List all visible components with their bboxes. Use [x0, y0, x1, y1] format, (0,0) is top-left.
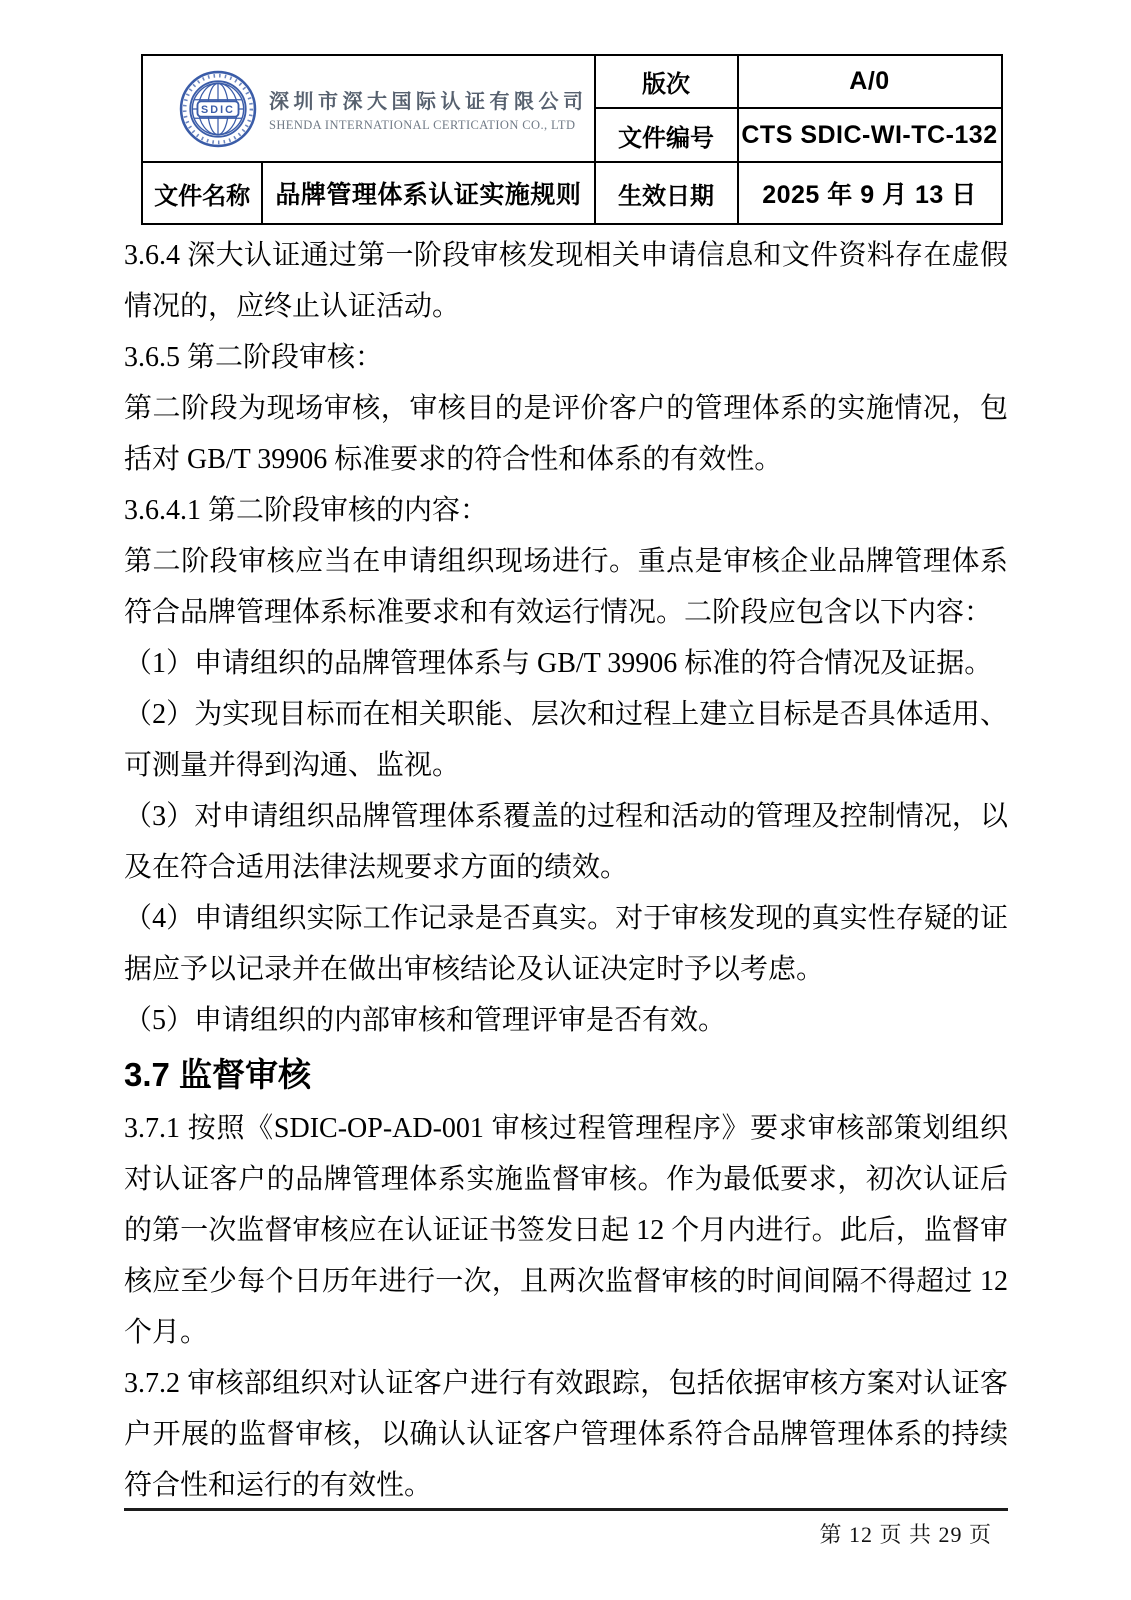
effective-date-value: 2025 年 9 月 13 日 [738, 162, 1002, 224]
paragraph-372: 3.7.2 审核部组织对认证客户进行有效跟踪，包括依据审核方案对认证客户开展的监… [124, 1358, 1008, 1511]
sdic-emblem-icon: SDIC [179, 70, 257, 148]
list-item-2: （2）为实现目标而在相关职能、层次和过程上建立目标是否具体适用、可测量并得到沟通… [124, 689, 1008, 791]
effective-date-label: 生效日期 [595, 162, 738, 224]
list-item-3: （3）对申请组织品牌管理体系覆盖的过程和活动的管理及控制情况，以及在符合适用法律… [124, 791, 1008, 893]
paragraph-3641: 3.6.4.1 第二阶段审核的内容： [124, 485, 1008, 536]
company-names: 深圳市深大国际认证有限公司 SHENDA INTERNATIONAL CERTI… [269, 85, 588, 133]
version-label: 版次 [595, 55, 738, 108]
document-body: 3.6.4 深大认证通过第一阶段审核发现相关申请信息和文件资料存在虚假情况的，应… [124, 230, 1008, 1511]
document-header-table: SDIC 深圳市深大国际认证有限公司 SHENDA INTERNATIONAL … [141, 54, 1003, 225]
company-logo-cell: SDIC 深圳市深大国际认证有限公司 SHENDA INTERNATIONAL … [142, 55, 595, 162]
page-number: 第 12 页 共 29 页 [124, 1518, 992, 1549]
paragraph-365: 3.6.5 第二阶段审核： [124, 332, 1008, 383]
doc-name-label: 文件名称 [142, 162, 262, 224]
list-item-1: （1）申请组织的品牌管理体系与 GB/T 39906 标准的符合情况及证据。 [124, 638, 1008, 689]
section-heading-37: 3.7 监督审核 [124, 1046, 1008, 1103]
doc-number-label: 文件编号 [595, 108, 738, 162]
version-value: A/0 [738, 55, 1002, 108]
paragraph-stage2-content: 第二阶段审核应当在申请组织现场进行。重点是审核企业品牌管理体系符合品牌管理体系标… [124, 536, 1008, 638]
list-item-4: （4）申请组织实际工作记录是否真实。对于审核发现的真实性存疑的证据应予以记录并在… [124, 893, 1008, 995]
footer-rule [124, 1508, 1008, 1511]
emblem-text: SDIC [201, 104, 235, 116]
company-name-en: SHENDA INTERNATIONAL CERTICATION CO., LT… [269, 118, 588, 133]
paragraph-371: 3.7.1 按照《SDIC-OP-AD-001 审核过程管理程序》要求审核部策划… [124, 1103, 1008, 1358]
document-page: SDIC 深圳市深大国际认证有限公司 SHENDA INTERNATIONAL … [0, 0, 1131, 1600]
list-item-5: （5）申请组织的内部审核和管理评审是否有效。 [124, 995, 1008, 1046]
company-logo: SDIC 深圳市深大国际认证有限公司 SHENDA INTERNATIONAL … [143, 70, 594, 148]
company-name-cn: 深圳市深大国际认证有限公司 [269, 85, 588, 114]
paragraph-stage2: 第二阶段为现场审核，审核目的是评价客户的管理体系的实施情况，包括对 GB/T 3… [124, 383, 1008, 485]
paragraph-364: 3.6.4 深大认证通过第一阶段审核发现相关申请信息和文件资料存在虚假情况的，应… [124, 230, 1008, 332]
doc-name-value: 品牌管理体系认证实施规则 [262, 162, 594, 224]
doc-number-value: CTS SDIC-WI-TC-132 [738, 108, 1002, 162]
